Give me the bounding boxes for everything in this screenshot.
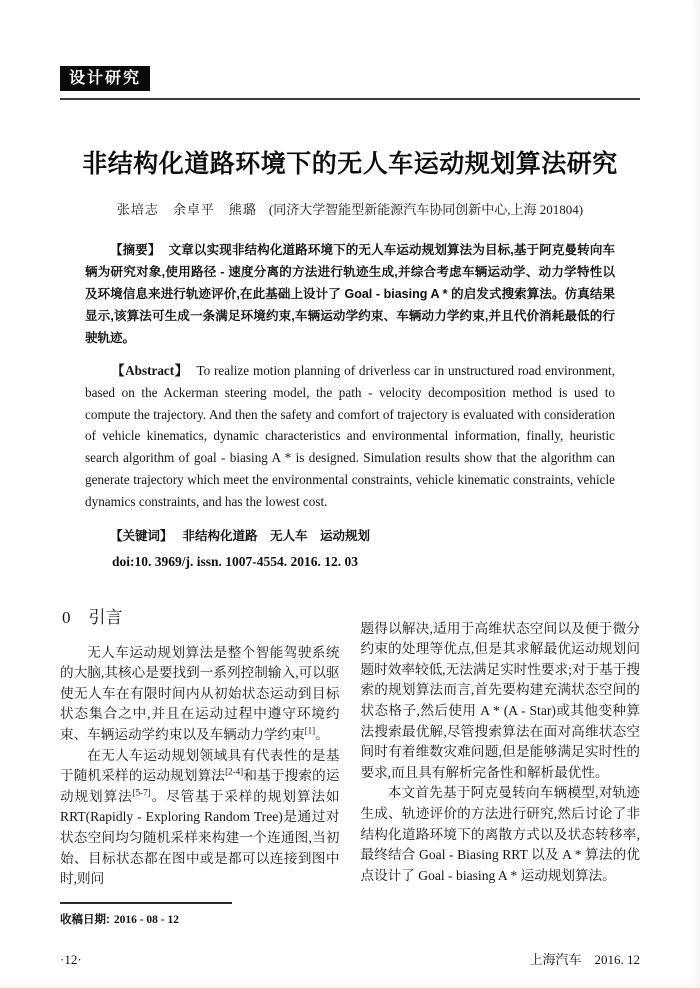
- section-heading: 0引言: [62, 603, 340, 628]
- keywords-label: 【关键词】: [110, 529, 173, 543]
- authors-line: 张培志 余卓平 熊璐(同济大学智能型新能源汽车协同创新中心,上海 201804): [60, 199, 640, 218]
- right-column: 题得以解决,适用于高维状态空间以及便于微分约束的处理等优点,但是其求解最优运动规…: [361, 603, 641, 890]
- section-title: 引言: [89, 608, 123, 627]
- footnote-rule: [60, 902, 232, 904]
- left-column: 0引言 无人车运动规划算法是整个智能驾驶系统的大脑,其核心是要找到一系列控制输入…: [60, 603, 340, 890]
- section-label-badge: 设计研究: [60, 66, 150, 91]
- header: 设计研究: [60, 66, 640, 100]
- received-date: 收稿日期:2016 - 08 - 12: [60, 911, 640, 927]
- affiliation: (同济大学智能型新能源汽车协同创新中心,上海 201804): [269, 202, 583, 217]
- body-columns: 0引言 无人车运动规划算法是整个智能驾驶系统的大脑,其核心是要找到一系列控制输入…: [60, 603, 640, 890]
- abstract-en: 【Abstract】To realize motion planning of …: [85, 360, 615, 513]
- paper-title: 非结构化道路环境下的无人车运动规划算法研究: [60, 144, 640, 180]
- journal-name: 上海汽车 2016. 12: [529, 949, 640, 968]
- front-matter: 【摘要】文章以实现非结构化道路环境下的无人车运动规划算法为目标,基于阿克曼转向车…: [85, 239, 615, 570]
- body-paragraph: 在无人车运动规划领域具有代表性的是基于随机采样的运动规划算法[2-4]和基于搜索…: [60, 746, 340, 890]
- body-paragraph: 无人车运动规划算法是整个智能驾驶系统的大脑,其核心是要找到一系列控制输入,可以驱…: [60, 643, 340, 746]
- doi-line: doi:10. 3969/j. issn. 1007-4554. 2016. 1…: [85, 554, 615, 570]
- abstract-en-label: 【Abstract】: [111, 363, 188, 378]
- abstract-en-text: To realize motion planning of driverless…: [85, 363, 615, 509]
- page-number: ·12·: [60, 952, 82, 968]
- received-date-value: 2016 - 08 - 12: [114, 914, 179, 926]
- abstract-cn: 【摘要】文章以实现非结构化道路环境下的无人车运动规划算法为目标,基于阿克曼转向车…: [85, 239, 615, 349]
- keywords-line: 【关键词】非结构化道路 无人车 运动规划: [85, 526, 615, 544]
- section-number: 0: [62, 608, 71, 627]
- header-rule: [60, 98, 640, 100]
- received-date-label: 收稿日期:: [60, 914, 110, 926]
- paper-page: 设计研究 非结构化道路环境下的无人车运动规划算法研究 张培志 余卓平 熊璐(同济…: [0, 0, 700, 988]
- page-footer: ·12· 上海汽车 2016. 12: [60, 949, 640, 968]
- abstract-cn-label: 【摘要】: [110, 243, 161, 257]
- body-paragraph: 本文首先基于阿克曼转向车辆模型,对轨迹生成、轨迹评价的方法进行研究,然后讨论了非…: [361, 783, 641, 886]
- body-paragraph: 题得以解决,适用于高维状态空间以及便于微分约束的处理等优点,但是其求解最优运动规…: [361, 619, 641, 784]
- keywords-text: 非结构化道路 无人车 运动规划: [183, 529, 371, 543]
- author-names: 张培志 余卓平 熊璐: [117, 202, 257, 217]
- abstract-cn-text: 文章以实现非结构化道路环境下的无人车运动规划算法为目标,基于阿克曼转向车辆为研究…: [85, 243, 615, 345]
- footnote-area: 收稿日期:2016 - 08 - 12: [60, 902, 640, 927]
